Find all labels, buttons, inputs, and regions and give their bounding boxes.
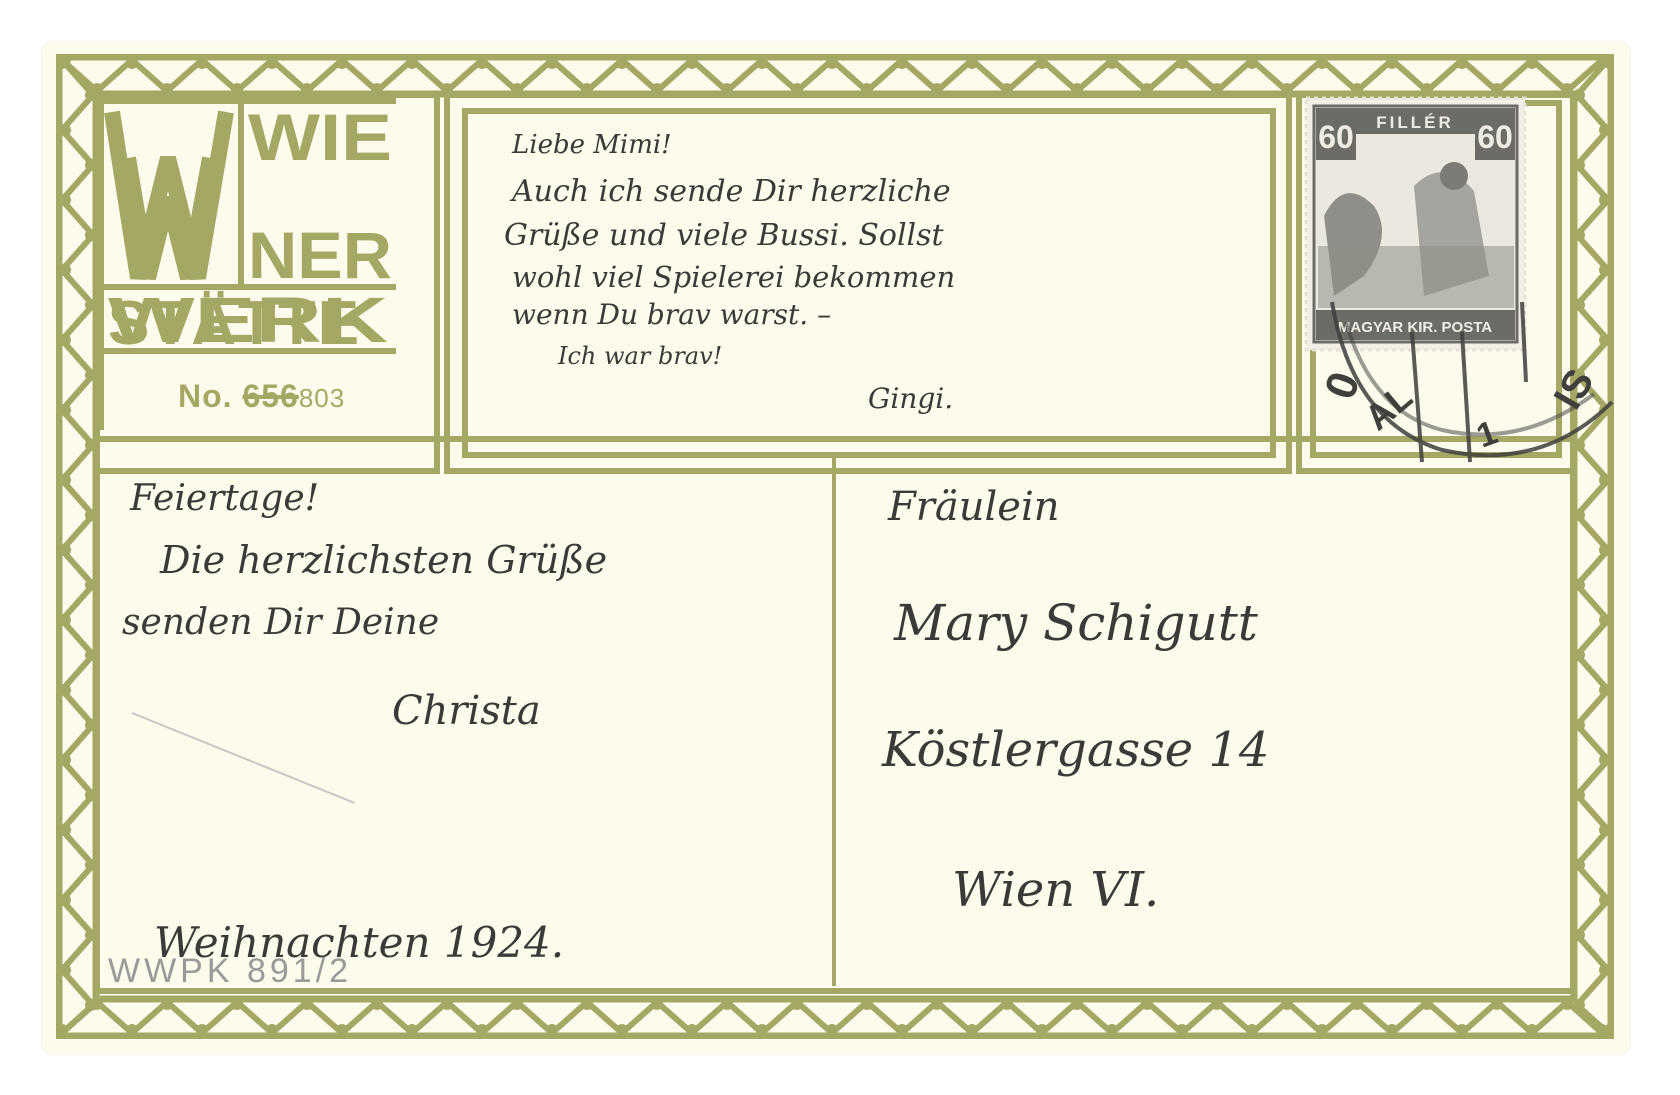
message-line: Liebe Mimi! <box>512 130 672 160</box>
postmark: 0 AL 1 IS <box>1312 262 1632 486</box>
number-current: 803 <box>299 383 345 413</box>
message-line: wohl viel Spielerei bekommen <box>512 260 955 294</box>
greeting-line: Feiertage! <box>130 478 319 519</box>
greeting-signature: Christa <box>392 688 541 734</box>
svg-text:IS: IS <box>1546 362 1603 417</box>
postcard: WIE NER WERK STÄTTE No. 656803 Liebe Mim… <box>42 42 1630 1054</box>
archive-inventory-number: WWPK 891/2 <box>108 952 352 991</box>
message-line: Auch ich sende Dir herzliche <box>512 174 951 209</box>
address-salutation: Fräulein <box>888 484 1060 530</box>
greeting-line: senden Dir Deine <box>122 602 439 643</box>
edition-number: No. 656803 <box>178 378 345 415</box>
number-label: No. <box>178 378 233 414</box>
svg-text:NER: NER <box>248 218 392 292</box>
svg-text:60: 60 <box>1318 119 1354 155</box>
address-divider <box>832 452 836 986</box>
greeting-line: Die herzlichsten Grüße <box>160 538 607 582</box>
address-name: Mary Schigutt <box>894 594 1258 652</box>
signature: Gingi. <box>868 382 953 415</box>
address-street: Köstlergasse 14 <box>882 722 1269 778</box>
number-struck: 656 <box>242 378 298 414</box>
address-city: Wien VI. <box>952 862 1159 918</box>
svg-text:WIE: WIE <box>248 100 392 174</box>
message-line: Ich war brav! <box>558 342 722 370</box>
logo-line-staette: STÄTTE <box>108 292 392 356</box>
svg-text:FILLÉR: FILLÉR <box>1376 113 1454 132</box>
svg-text:0: 0 <box>1315 366 1369 406</box>
message-line: wenn Du brav warst. – <box>512 298 831 331</box>
svg-text:60: 60 <box>1477 119 1513 155</box>
message-line: Grüße und viele Bussi. Sollst <box>504 218 944 253</box>
